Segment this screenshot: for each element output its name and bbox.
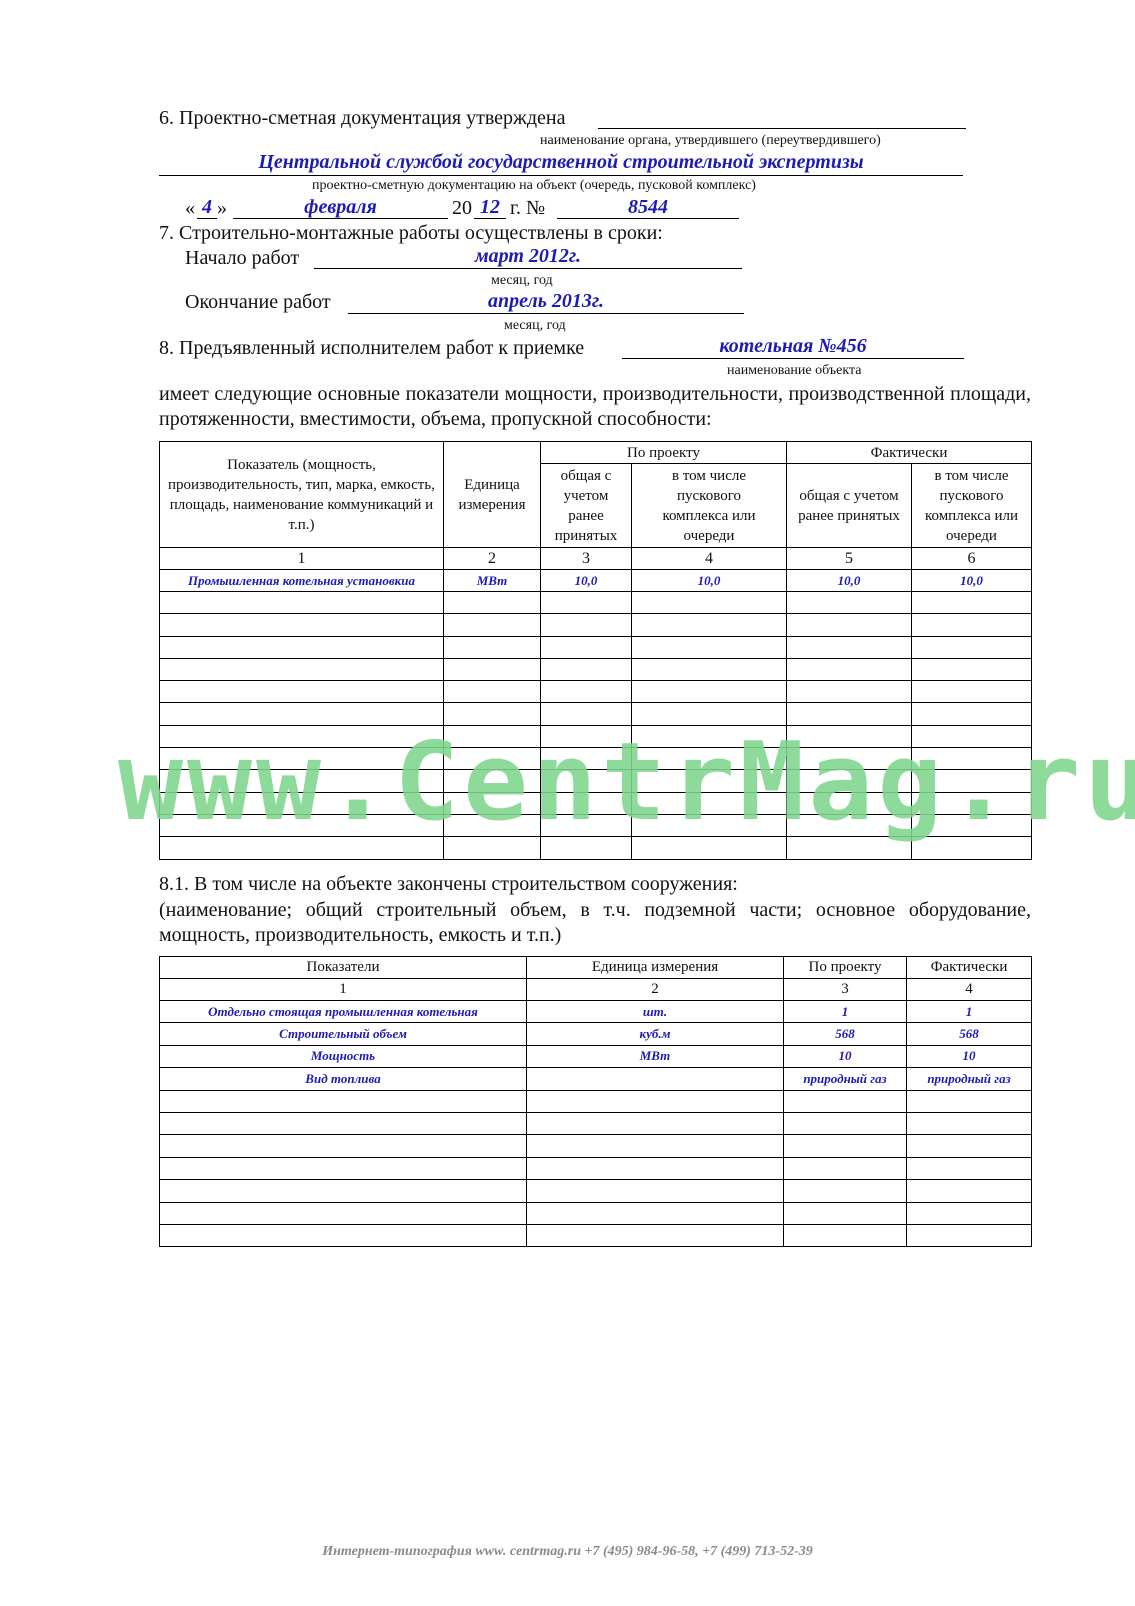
table-cell[interactable] (160, 1224, 527, 1246)
table-cell[interactable]: Строительный объем (160, 1023, 527, 1045)
table-cell[interactable] (787, 614, 912, 636)
day-field[interactable]: 4 (197, 196, 217, 219)
table-row (160, 1112, 1032, 1134)
section-6-label: 6. Проектно-сметная документация утвержд… (159, 107, 566, 130)
structures-header-cell: Фактически (907, 957, 1032, 979)
header-indicator: Показатель (мощность, производительность… (160, 442, 444, 548)
table-cell[interactable] (784, 1202, 907, 1224)
column-number: 2 (444, 548, 541, 570)
start-hint: месяц, год (491, 273, 553, 289)
table-cell[interactable]: 10 (907, 1045, 1032, 1067)
table-cell[interactable] (787, 681, 912, 703)
doc-hint: проектно-сметную документацию на объект … (312, 178, 756, 194)
header-project-total: общая с учетом ранее принятых (541, 464, 632, 548)
table-row (160, 1090, 1032, 1112)
table-cell[interactable] (632, 592, 787, 614)
table-cell[interactable] (907, 1112, 1032, 1134)
object-underline (622, 358, 964, 359)
table-row (160, 592, 1032, 614)
watermark: www.CentrMag.ru (118, 720, 1135, 845)
header-actual-total: общая с учетом ранее принятых (787, 464, 912, 548)
table-cell[interactable]: 10,0 (787, 570, 912, 592)
table-cell[interactable] (527, 1224, 784, 1246)
table-cell[interactable] (907, 1202, 1032, 1224)
table-cell[interactable]: куб.м (527, 1023, 784, 1045)
table-row: Промышленная котельная установкиаМВт10,0… (160, 570, 1032, 592)
table-cell[interactable] (527, 1112, 784, 1134)
quote-close: » (217, 197, 227, 220)
header-actual-complex: в том числе пускового комплекса или очер… (912, 464, 1032, 548)
organ-hint: наименование органа, утвердившего (переу… (540, 133, 881, 149)
column-number: 5 (787, 548, 912, 570)
column-number: 6 (912, 548, 1032, 570)
section-7-label: 7. Строительно-монтажные работы осуществ… (159, 222, 663, 245)
table-row (160, 1202, 1032, 1224)
table-cell[interactable] (527, 1135, 784, 1157)
structures-numbers-row: 1234 (160, 979, 1032, 1001)
header-group-project: По проекту (541, 442, 787, 464)
table-cell[interactable] (444, 592, 541, 614)
column-number: 2 (527, 979, 784, 1001)
table-cell[interactable] (541, 658, 632, 680)
table-cell[interactable] (160, 614, 444, 636)
table-cell[interactable] (160, 1135, 527, 1157)
end-underline (348, 313, 744, 314)
table-cell[interactable]: Вид топлива (160, 1068, 527, 1090)
table-cell[interactable]: МВт (444, 570, 541, 592)
table-cell[interactable] (541, 681, 632, 703)
header-project-complex: в том числе пускового комплекса или очер… (632, 464, 787, 548)
table-cell[interactable]: 10,0 (632, 570, 787, 592)
table-cell[interactable] (160, 1090, 527, 1112)
table-cell[interactable] (444, 614, 541, 636)
table-cell[interactable]: 1 (784, 1001, 907, 1023)
table-cell[interactable] (912, 592, 1032, 614)
organ-underline (159, 175, 963, 176)
table-cell[interactable] (907, 1090, 1032, 1112)
year-field[interactable]: 12 (474, 196, 506, 219)
table-cell[interactable]: 10,0 (541, 570, 632, 592)
footer-contacts: Интернет-типография www. centrmag.ru +7 … (0, 1544, 1135, 1560)
section-81-label: 8.1. В том числе на объекте закончены ст… (159, 873, 738, 896)
table-cell[interactable] (160, 636, 444, 658)
number-label: г. № (510, 197, 545, 220)
table-row: Строительный объемкуб.м568568 (160, 1023, 1032, 1045)
table-cell[interactable] (784, 1157, 907, 1179)
table-cell[interactable] (541, 636, 632, 658)
table-cell[interactable] (527, 1180, 784, 1202)
table-cell[interactable] (907, 1135, 1032, 1157)
table-cell[interactable] (632, 614, 787, 636)
header-group-actual: Фактически (787, 442, 1032, 464)
table-cell[interactable] (784, 1135, 907, 1157)
table-cell[interactable] (160, 592, 444, 614)
start-label: Начало работ (185, 247, 299, 270)
table-cell[interactable]: 568 (784, 1023, 907, 1045)
table-cell[interactable] (160, 681, 444, 703)
table-cell[interactable] (444, 658, 541, 680)
table-cell[interactable] (784, 1180, 907, 1202)
column-number: 4 (907, 979, 1032, 1001)
table-cell[interactable]: Мощность (160, 1045, 527, 1067)
table-cell[interactable] (527, 1090, 784, 1112)
table-cell[interactable] (541, 592, 632, 614)
start-field[interactable]: март 2012г. (314, 245, 742, 268)
table-cell[interactable]: 568 (907, 1023, 1032, 1045)
table-cell[interactable]: 10 (784, 1045, 907, 1067)
structures-header-cell: По проекту (784, 957, 907, 979)
table-row (160, 658, 1032, 680)
table-row (160, 1157, 1032, 1179)
table-cell[interactable] (907, 1157, 1032, 1179)
table-cell[interactable]: 1 (907, 1001, 1032, 1023)
table-cell[interactable]: шт. (527, 1001, 784, 1023)
table-cell[interactable] (160, 1157, 527, 1179)
table-cell[interactable] (527, 1068, 784, 1090)
organ-field[interactable]: Центральной службой государственной стро… (159, 151, 963, 174)
table-cell[interactable] (907, 1180, 1032, 1202)
table-cell[interactable] (787, 658, 912, 680)
number-field[interactable]: 8544 (557, 196, 739, 219)
table-row (160, 1180, 1032, 1202)
column-number: 1 (160, 979, 527, 1001)
column-number: 4 (632, 548, 787, 570)
table-cell[interactable] (444, 681, 541, 703)
start-underline (314, 268, 742, 269)
table-row (160, 1224, 1032, 1246)
section-8-label: 8. Предъявленный исполнителем работ к пр… (159, 337, 584, 360)
month-field[interactable]: февраля (233, 196, 448, 219)
table-cell[interactable] (912, 658, 1032, 680)
table-cell[interactable] (160, 1180, 527, 1202)
table-cell[interactable] (160, 1112, 527, 1134)
table-cell[interactable] (912, 614, 1032, 636)
table-row: Отдельно стоящая промышленная котельнаяш… (160, 1001, 1032, 1023)
structures-header-cell: Показатели (160, 957, 527, 979)
quote-open: « (185, 197, 195, 220)
structures-header-row: ПоказателиЕдиница измеренияПо проектуФак… (160, 957, 1032, 979)
header-unit: Единица измерения (444, 442, 541, 548)
table-row (160, 681, 1032, 703)
table-row (160, 636, 1032, 658)
object-hint: наименование объекта (727, 363, 861, 379)
table-cell[interactable] (541, 614, 632, 636)
table-cell[interactable] (784, 1112, 907, 1134)
table-cell[interactable]: Отдельно стоящая промышленная котельная (160, 1001, 527, 1023)
end-field[interactable]: апрель 2013г. (348, 290, 744, 313)
table-cell[interactable] (632, 658, 787, 680)
column-numbers-row: 123456 (160, 548, 1032, 570)
structures-paragraph: (наименование; общий строительный объем,… (159, 898, 1031, 948)
end-label: Окончание работ (185, 291, 331, 314)
table-cell[interactable] (160, 658, 444, 680)
table-cell[interactable] (912, 681, 1032, 703)
table-row (160, 614, 1032, 636)
table-cell[interactable] (907, 1224, 1032, 1246)
table-cell[interactable]: природный газ (784, 1068, 907, 1090)
structures-header-cell: Единица измерения (527, 957, 784, 979)
table-cell[interactable]: Промышленная котельная установкиа (160, 570, 444, 592)
table-cell[interactable] (527, 1202, 784, 1224)
table-cell[interactable] (784, 1090, 907, 1112)
structures-table: ПоказателиЕдиница измеренияПо проектуФак… (159, 956, 1032, 1247)
object-field[interactable]: котельная №456 (622, 335, 964, 358)
table-cell[interactable]: 10,0 (912, 570, 1032, 592)
table-row (160, 1135, 1032, 1157)
column-number: 1 (160, 548, 444, 570)
year-prefix: 20 (452, 197, 472, 220)
table-cell[interactable] (784, 1224, 907, 1246)
table-cell[interactable]: природный газ (907, 1068, 1032, 1090)
table-cell[interactable] (527, 1157, 784, 1179)
indicators-paragraph: имеет следующие основные показатели мощн… (159, 382, 1031, 432)
table-row: Вид топливаприродный газприродный газ (160, 1068, 1032, 1090)
table-cell[interactable]: МВт (527, 1045, 784, 1067)
table-row: МощностьМВт1010 (160, 1045, 1032, 1067)
table-cell[interactable] (632, 681, 787, 703)
table-cell[interactable] (444, 636, 541, 658)
table-cell[interactable] (787, 636, 912, 658)
table-cell[interactable] (787, 592, 912, 614)
end-hint: месяц, год (504, 318, 566, 334)
column-number: 3 (541, 548, 632, 570)
organ-underline-top (598, 128, 966, 129)
column-number: 3 (784, 979, 907, 1001)
table-cell[interactable] (160, 1202, 527, 1224)
table-cell[interactable] (912, 636, 1032, 658)
table-cell[interactable] (632, 636, 787, 658)
